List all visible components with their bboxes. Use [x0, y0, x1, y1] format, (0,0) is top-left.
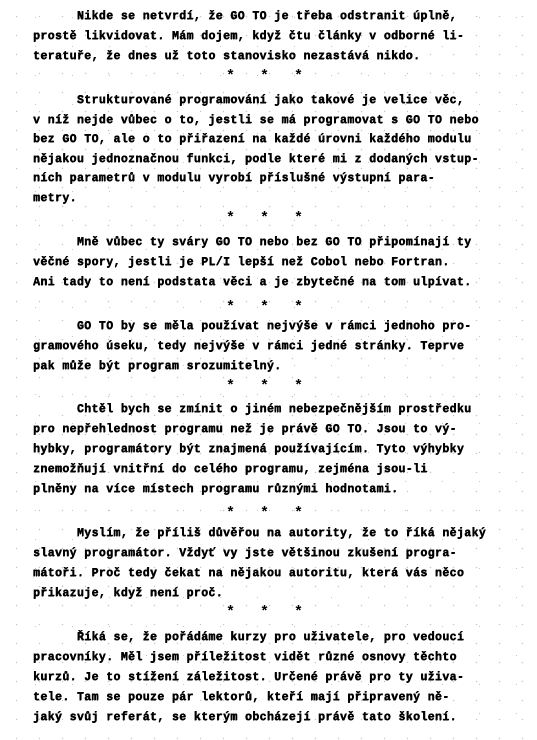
text-line: kurzů. Je to stížení záležitost. Určené …	[33, 671, 464, 685]
text-line: pracovníky. Měl jsem příležitost vidět r…	[33, 651, 457, 665]
text-line: Ani tady to není podstata věci a je zbyt…	[33, 276, 471, 290]
text-line: tele. Tam se pouze pár lektorů, kteří ma…	[33, 691, 450, 705]
scanned-document-page: Nikde se netvrdí, že GO TO je třeba odst…	[0, 0, 537, 740]
text-line: metry.	[33, 192, 77, 206]
text-line: Říká se, že pořádáme kurzy pro uživatele…	[33, 631, 464, 645]
text-line: Nikde se netvrdí, že GO TO je třeba odst…	[33, 10, 457, 24]
text-line: slavný programátor. Vždyť vy jste většin…	[33, 547, 457, 561]
text-line: GO TO by se měla používat nejvýše v rámc…	[33, 320, 471, 334]
text-line: bez GO TO, ale o to přiřazení na každé ú…	[33, 133, 471, 147]
text-line: hybky, programátory být znajmená používa…	[33, 443, 464, 457]
text-line: Myslím, že příliš důvěřou na autority, ž…	[33, 527, 486, 541]
text-line: ních parametrů v modulu vyrobí příslušné…	[33, 172, 435, 186]
text-line: věčné spory, jestli je PL/I lepší než Co…	[33, 256, 450, 270]
text-line: plněny na více místech programu různými …	[33, 483, 398, 497]
text-line: Mně vůbec ty sváry GO TO nebo bez GO TO …	[33, 236, 471, 250]
text-line: nějakou jednoznačnou funkci, podle které…	[33, 153, 479, 167]
text-line: gramového úseku, tedy nejvýše v rámci je…	[33, 340, 464, 354]
text-line: znemožňují vnitřní do celého programu, z…	[33, 463, 428, 477]
text-line: Strukturované programování jako takové j…	[33, 94, 464, 108]
text-line: v níž nejde vůbec o to, jestli se má pro…	[33, 114, 479, 128]
text-line: prostě likvidovat. Mám dojem, když čtu č…	[33, 30, 464, 44]
section-separator: * * *	[0, 606, 537, 620]
text-line: jaký svůj referát, se kterým obcházejí p…	[33, 711, 457, 725]
text-line: přikazuje, když není proč.	[33, 587, 223, 601]
section-separator: * * *	[0, 507, 537, 521]
text-line: pak může být program srozumitelný.	[33, 360, 281, 374]
section-separator: * * *	[0, 70, 537, 84]
text-line: mátoři. Proč tedy čekat na nějakou autor…	[33, 567, 464, 581]
text-line: Chtěl bych se zmínit o jiném nebezpečněj…	[33, 403, 471, 417]
section-separator: * * *	[0, 301, 537, 315]
text-line: teratuře, že dnes už toto stanovisko nez…	[33, 50, 420, 64]
section-separator: * * *	[0, 212, 537, 226]
section-separator: * * *	[0, 380, 537, 394]
text-line: pro nepřehlednost programu než je právě …	[33, 423, 457, 437]
